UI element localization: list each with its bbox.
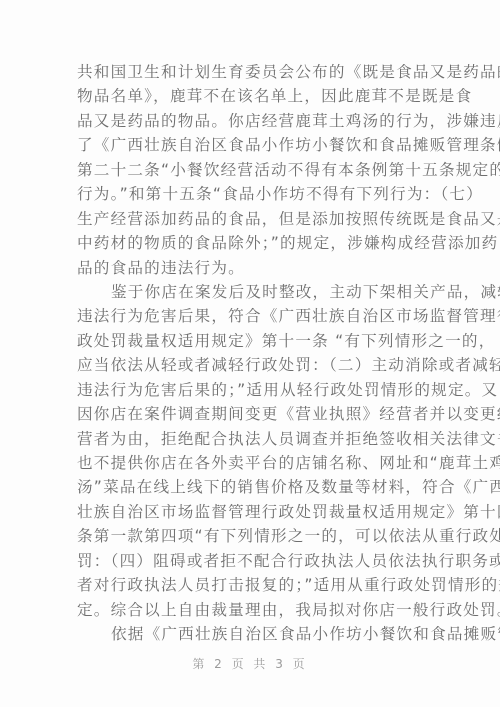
text-line: 中药材的物质的食品除外；”的规定，涉嫌构成经营添加药 bbox=[77, 231, 423, 255]
text-line: 汤”菜品在线上线下的销售价格及数量等材料，符合《广西 bbox=[77, 475, 423, 499]
text-line: 第二十二条“小餐饮经营活动不得有本条例第十五条规定的 bbox=[77, 158, 423, 182]
text-line: 者对行政执法人员打击报复的；”适用从重行政处罚情形的规 bbox=[77, 573, 423, 597]
text-line: 物品名单》，鹿茸不在该名单上，因此鹿茸不是既是食 bbox=[77, 84, 423, 108]
document-body: 共和国卫生和计划生育委员会公布的《既是食品又是药品的物品名单》，鹿茸不在该名单上… bbox=[77, 60, 423, 647]
text-line: 行为。”和第十五条“食品小作坊不得有下列行为：（七） bbox=[77, 182, 423, 206]
text-line: 生产经营添加药品的食品，但是添加按照传统既是食品又是 bbox=[77, 207, 423, 231]
text-line: 品的食品的违法行为。 bbox=[77, 256, 423, 280]
text-line: 了《广西壮族自治区食品小作坊小餐饮和食品摊贩管理条例》 bbox=[77, 133, 423, 157]
text-line: 依据《广西壮族自治区食品小作坊小餐饮和食品摊贩管 bbox=[77, 622, 423, 646]
text-line: 共和国卫生和计划生育委员会公布的《既是食品又是药品的 bbox=[77, 60, 423, 84]
text-line: 营者为由，拒绝配合执法人员调查并拒绝签收相关法律文书， bbox=[77, 427, 423, 451]
text-line: 壮族自治区市场监督管理行政处罚裁量权适用规定》第十四 bbox=[77, 500, 423, 524]
document-page: 共和国卫生和计划生育委员会公布的《既是食品又是药品的物品名单》，鹿茸不在该名单上… bbox=[0, 0, 500, 707]
page-number-footer: 第 2 页 共 3 页 bbox=[0, 655, 500, 672]
text-line: 条第一款第四项“有下列情形之一的，可以依法从重行政处 bbox=[77, 524, 423, 548]
text-line: 罚：（四）阻碍或者拒不配合行政执法人员依法执行职务或 bbox=[77, 549, 423, 573]
text-line: 违法行为危害后果，符合《广西壮族自治区市场监督管理行 bbox=[77, 304, 423, 328]
text-line: 因你店在案件调查期间变更《营业执照》经营者并以变更经 bbox=[77, 402, 423, 426]
text-line: 违法行为危害后果的；”适用从轻行政处罚情形的规定。又 bbox=[77, 378, 423, 402]
text-line: 品又是药品的物品。你店经营鹿茸土鸡汤的行为，涉嫌违反 bbox=[77, 109, 423, 133]
text-line: 也不提供你店在各外卖平台的店铺名称、网址和“鹿茸土鸡 bbox=[77, 451, 423, 475]
text-line: 政处罚裁量权适用规定》第十一条 “有下列情形之一的， bbox=[77, 329, 423, 353]
text-line: 鉴于你店在案发后及时整改，主动下架相关产品，减轻 bbox=[77, 280, 423, 304]
text-line: 定。综合以上自由裁量理由，我局拟对你店一般行政处罚。 bbox=[77, 598, 423, 622]
text-line: 应当依法从轻或者减轻行政处罚：（二）主动消除或者减轻 bbox=[77, 353, 423, 377]
